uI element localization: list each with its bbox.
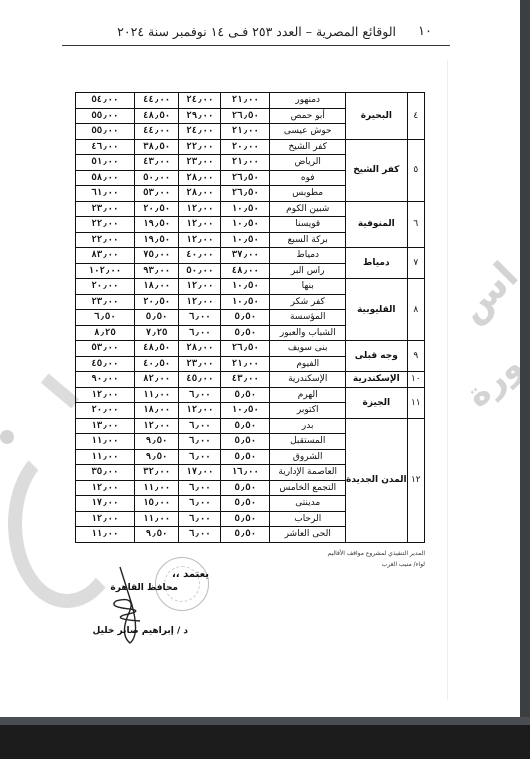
row-number: ٨	[407, 279, 424, 341]
value-cell: ٣٨٫٥٠	[134, 139, 179, 155]
watermark-dot	[0, 430, 14, 444]
row-number: ٩	[407, 341, 424, 372]
value-cell: ٥٫٥٠	[221, 527, 270, 543]
window-edge	[520, 0, 530, 717]
value-cell: ٢٠٫٠٠	[221, 139, 270, 155]
value-cell: ٥٨٫٠٠	[76, 170, 135, 186]
value-cell: ٦٫٠٠	[179, 449, 221, 465]
value-cell: ٢١٫٠٠	[221, 356, 270, 372]
row-number: ٧	[407, 248, 424, 279]
value-cell: ١٢٫٠٠	[179, 279, 221, 295]
value-cell: ١٠٫٥٠	[221, 279, 270, 295]
value-cell: ٤٤٫٠٠	[134, 93, 179, 109]
row-number: ٦	[407, 201, 424, 248]
value-cell: ٩٫٥٠	[134, 449, 179, 465]
value-cell: ٥٣٫٠٠	[76, 341, 135, 357]
footnote-line: المدير التنفيذي لمشروع مواقف الأقاليم	[300, 548, 425, 559]
value-cell: ١٩٫٥٠	[134, 232, 179, 248]
value-cell: ٢٣٫٠٠	[179, 155, 221, 171]
value-cell: ٦١٫٠٠	[76, 186, 135, 202]
governorate-cell: وجه قبلى	[346, 341, 408, 372]
governorate-cell: الإسكندرية	[346, 372, 408, 388]
value-cell: ٥٤٫٠٠	[76, 93, 135, 109]
value-cell: ٥٥٫٠٠	[76, 124, 135, 140]
value-cell: ٦٫٠٠	[179, 480, 221, 496]
value-cell: ٥٫٥٠	[221, 387, 270, 403]
area-cell: مطوبس	[270, 186, 346, 202]
table-row: ٥كفر الشيخكفر الشيخ٢٠٫٠٠٢٢٫٠٠٣٨٫٥٠٤٦٫٠٠	[76, 139, 425, 155]
value-cell: ٤٨٫٥٠	[134, 341, 179, 357]
governorate-cell: كفر الشيخ	[346, 139, 408, 201]
row-number: ١١	[407, 387, 424, 418]
value-cell: ٢٨٫٠٠	[179, 170, 221, 186]
value-cell: ١٢٫٠٠	[76, 480, 135, 496]
value-cell: ٦٫٠٠	[179, 418, 221, 434]
value-cell: ١٠٫٥٠	[221, 201, 270, 217]
value-cell: ٥٫٥٠	[134, 310, 179, 326]
value-cell: ٩٠٫٠٠	[76, 372, 135, 388]
area-cell: أبو حمص	[270, 108, 346, 124]
value-cell: ١٠٢٫٠٠	[76, 263, 135, 279]
governorate-cell: الجيزة	[346, 387, 408, 418]
value-cell: ١٢٫٠٠	[179, 201, 221, 217]
value-cell: ١٠٫٥٠	[221, 403, 270, 419]
value-cell: ١١٫٠٠	[76, 434, 135, 450]
value-cell: ١٨٫٠٠	[134, 403, 179, 419]
value-cell: ١٢٫٠٠	[76, 511, 135, 527]
value-cell: ٤٣٫٠٠	[221, 372, 270, 388]
value-cell: ٢٠٫٥٠	[134, 294, 179, 310]
value-cell: ٢٩٫٠٠	[179, 108, 221, 124]
value-cell: ٢٠٫٠٠	[76, 279, 135, 295]
value-cell: ٨٣٫٠٠	[76, 248, 135, 264]
area-cell: الإسكندرية	[270, 372, 346, 388]
watermark-text: اس	[449, 253, 526, 330]
value-cell: ٥٫٥٠	[221, 496, 270, 512]
area-cell: الحى العاشر	[270, 527, 346, 543]
value-cell: ٢٢٫٠٠	[179, 139, 221, 155]
value-cell: ٥٫٥٠	[221, 418, 270, 434]
scan-edge	[447, 60, 448, 700]
value-cell: ٢٤٫٠٠	[179, 93, 221, 109]
area-cell: دمنهور	[270, 93, 346, 109]
value-cell: ٤٨٫٥٠	[134, 108, 179, 124]
area-cell: قويسنا	[270, 217, 346, 233]
value-cell: ١١٫٠٠	[76, 449, 135, 465]
area-cell: المؤسسة	[270, 310, 346, 326]
value-cell: ٢٦٫٥٠	[221, 108, 270, 124]
area-cell: الرحاب	[270, 511, 346, 527]
governorate-cell: المنوفية	[346, 201, 408, 248]
value-cell: ١٥٫٠٠	[134, 496, 179, 512]
value-cell: ١٩٫٥٠	[134, 217, 179, 233]
value-cell: ٨٢٫٠٠	[134, 372, 179, 388]
table-row: ٤البحيرةدمنهور٢١٫٠٠٢٤٫٠٠٤٤٫٠٠٥٤٫٠٠	[76, 93, 425, 109]
value-cell: ٦٫٠٠	[179, 527, 221, 543]
value-cell: ٨٫٢٥	[76, 325, 135, 341]
area-cell: الشروق	[270, 449, 346, 465]
value-cell: ٦٫٠٠	[179, 434, 221, 450]
value-cell: ٤٨٫٠٠	[221, 263, 270, 279]
area-cell: كفر شكر	[270, 294, 346, 310]
value-cell: ٥٫٥٠	[221, 434, 270, 450]
value-cell: ١٢٫٠٠	[134, 418, 179, 434]
value-cell: ٩٫٥٠	[134, 434, 179, 450]
value-cell: ٤٥٫٠٠	[76, 356, 135, 372]
value-cell: ٢٢٫٠٠	[76, 232, 135, 248]
value-cell: ٣٧٫٠٠	[221, 248, 270, 264]
value-cell: ٢٣٫٠٠	[76, 294, 135, 310]
area-cell: الشباب والعبور	[270, 325, 346, 341]
row-number: ١٢	[407, 418, 424, 542]
value-cell: ٢٢٫٠٠	[76, 217, 135, 233]
value-cell: ٥٫٥٠	[221, 310, 270, 326]
value-cell: ٢٨٫٠٠	[179, 341, 221, 357]
value-cell: ١١٫٠٠	[134, 480, 179, 496]
table-row: ١١الجيزةالهرم٥٫٥٠٦٫٠٠١١٫٠٠١٢٫٠٠	[76, 387, 425, 403]
value-cell: ٥٫٥٠	[221, 325, 270, 341]
value-cell: ٥٠٫٠٠	[179, 263, 221, 279]
value-cell: ٩٣٫٠٠	[134, 263, 179, 279]
value-cell: ١٢٫٠٠	[179, 217, 221, 233]
value-cell: ١٧٫٠٠	[179, 465, 221, 481]
area-cell: الفيوم	[270, 356, 346, 372]
value-cell: ٢٠٫٠٠	[76, 403, 135, 419]
footnote-line: لواء/ منيب الغرب	[300, 559, 425, 570]
value-cell: ٥٫٥٠	[221, 511, 270, 527]
value-cell: ٤٤٫٠٠	[134, 124, 179, 140]
value-cell: ٦٫٠٠	[179, 511, 221, 527]
row-number: ١٠	[407, 372, 424, 388]
value-cell: ٦٫٠٠	[179, 310, 221, 326]
area-cell: فوه	[270, 170, 346, 186]
value-cell: ٤٣٫٠٠	[134, 155, 179, 171]
area-cell: حوش عيسى	[270, 124, 346, 140]
value-cell: ١٠٫٥٠	[221, 232, 270, 248]
value-cell: ٢٣٫٠٠	[76, 201, 135, 217]
value-cell: ٤٠٫٠٠	[179, 248, 221, 264]
governorate-cell: المدن الجديدة	[346, 418, 408, 542]
value-cell: ٤٠٫٥٠	[134, 356, 179, 372]
governorate-cell: دمياط	[346, 248, 408, 279]
document-page: اس صورة ١٠ الوقائع المصرية – العدد ٢٥٣ ف…	[0, 0, 520, 717]
area-cell: التجمع الخامس	[270, 480, 346, 496]
governorate-cell: القليوبية	[346, 279, 408, 341]
value-cell: ١٢٫٠٠	[76, 387, 135, 403]
value-cell: ١١٫٠٠	[134, 387, 179, 403]
page-number: ١٠	[418, 24, 432, 39]
value-cell: ٢٦٫٥٠	[221, 341, 270, 357]
value-cell: ٦٫٠٠	[179, 325, 221, 341]
table-row: ٦المنوفيةشبين الكوم١٠٫٥٠١٢٫٠٠٢٠٫٥٠٢٣٫٠٠	[76, 201, 425, 217]
area-cell: اكتوبر	[270, 403, 346, 419]
value-cell: ١١٫٠٠	[76, 527, 135, 543]
signer-name: د / إبراهيم صابر خليل	[86, 626, 188, 636]
footnote: المدير التنفيذي لمشروع مواقف الأقاليم لو…	[300, 548, 425, 570]
value-cell: ٢١٫٠٠	[221, 93, 270, 109]
fare-table: ٤البحيرةدمنهور٢١٫٠٠٢٤٫٠٠٤٤٫٠٠٥٤٫٠٠أبو حم…	[75, 92, 425, 543]
value-cell: ٢٣٫٠٠	[179, 356, 221, 372]
area-cell: شبين الكوم	[270, 201, 346, 217]
value-cell: ٦٫٠٠	[179, 387, 221, 403]
value-cell: ٧٥٫٠٠	[134, 248, 179, 264]
area-cell: بركة السبع	[270, 232, 346, 248]
area-cell: مدينتى	[270, 496, 346, 512]
value-cell: ١٦٫٠٠	[221, 465, 270, 481]
table-row: ٨القليوبيةبنها١٠٫٥٠١٢٫٠٠١٨٫٠٠٢٠٫٠٠	[76, 279, 425, 295]
value-cell: ٢١٫٠٠	[221, 155, 270, 171]
watermark-bar	[41, 374, 79, 409]
value-cell: ٥٫٥٠	[221, 449, 270, 465]
area-cell: بنى سويف	[270, 341, 346, 357]
value-cell: ٢١٫٠٠	[221, 124, 270, 140]
row-number: ٤	[407, 93, 424, 140]
value-cell: ٤٥٫٠٠	[179, 372, 221, 388]
value-cell: ٧٫٢٥	[134, 325, 179, 341]
area-cell: دمياط	[270, 248, 346, 264]
value-cell: ٥٠٫٠٠	[134, 170, 179, 186]
value-cell: ١٠٫٥٠	[221, 294, 270, 310]
value-cell: ٤٦٫٠٠	[76, 139, 135, 155]
area-cell: المستقبل	[270, 434, 346, 450]
value-cell: ١٣٫٠٠	[76, 418, 135, 434]
header-rule	[62, 45, 450, 46]
value-cell: ٥١٫٠٠	[76, 155, 135, 171]
value-cell: ٢٦٫٥٠	[221, 186, 270, 202]
value-cell: ١٨٫٠٠	[134, 279, 179, 295]
area-cell: الرياض	[270, 155, 346, 171]
value-cell: ٦٫٠٠	[179, 496, 221, 512]
value-cell: ٦٫٥٠	[76, 310, 135, 326]
table-row: ٧دمياطدمياط٣٧٫٠٠٤٠٫٠٠٧٥٫٠٠٨٣٫٠٠	[76, 248, 425, 264]
area-cell: بنها	[270, 279, 346, 295]
value-cell: ١٠٫٥٠	[221, 217, 270, 233]
area-cell: كفر الشيخ	[270, 139, 346, 155]
table-row: ١٢المدن الجديدةبدر٥٫٥٠٦٫٠٠١٢٫٠٠١٣٫٠٠	[76, 418, 425, 434]
table-row: ١٠الإسكندريةالإسكندرية٤٣٫٠٠٤٥٫٠٠٨٢٫٠٠٩٠٫…	[76, 372, 425, 388]
table-row: ٩وجه قبلىبنى سويف٢٦٫٥٠٢٨٫٠٠٤٨٫٥٠٥٣٫٠٠	[76, 341, 425, 357]
value-cell: ١٢٫٠٠	[179, 294, 221, 310]
row-number: ٥	[407, 139, 424, 201]
value-cell: ١١٫٠٠	[134, 511, 179, 527]
value-cell: ٢٠٫٥٠	[134, 201, 179, 217]
value-cell: ٢٦٫٥٠	[221, 170, 270, 186]
governorate-cell: البحيرة	[346, 93, 408, 140]
value-cell: ٢٨٫٠٠	[179, 186, 221, 202]
value-cell: ٢٤٫٠٠	[179, 124, 221, 140]
value-cell: ١٢٫٠٠	[179, 403, 221, 419]
approval-label: يعتمد ،،	[172, 569, 209, 580]
value-cell: ٥٣٫٠٠	[134, 186, 179, 202]
value-cell: ٥٫٥٠	[221, 480, 270, 496]
area-cell: الهرم	[270, 387, 346, 403]
area-cell: العاصمة الإدارية	[270, 465, 346, 481]
value-cell: ٣٥٫٠٠	[76, 465, 135, 481]
viewer-bottom-bar	[0, 717, 530, 725]
value-cell: ٥٥٫٠٠	[76, 108, 135, 124]
area-cell: راس البر	[270, 263, 346, 279]
value-cell: ١٢٫٠٠	[179, 232, 221, 248]
page-header-title: الوقائع المصرية – العدد ٢٥٣ فـى ١٤ نوفمب…	[124, 24, 396, 39]
value-cell: ١٧٫٠٠	[76, 496, 135, 512]
area-cell: بدر	[270, 418, 346, 434]
value-cell: ٩٫٥٠	[134, 527, 179, 543]
value-cell: ٣٢٫٠٠	[134, 465, 179, 481]
